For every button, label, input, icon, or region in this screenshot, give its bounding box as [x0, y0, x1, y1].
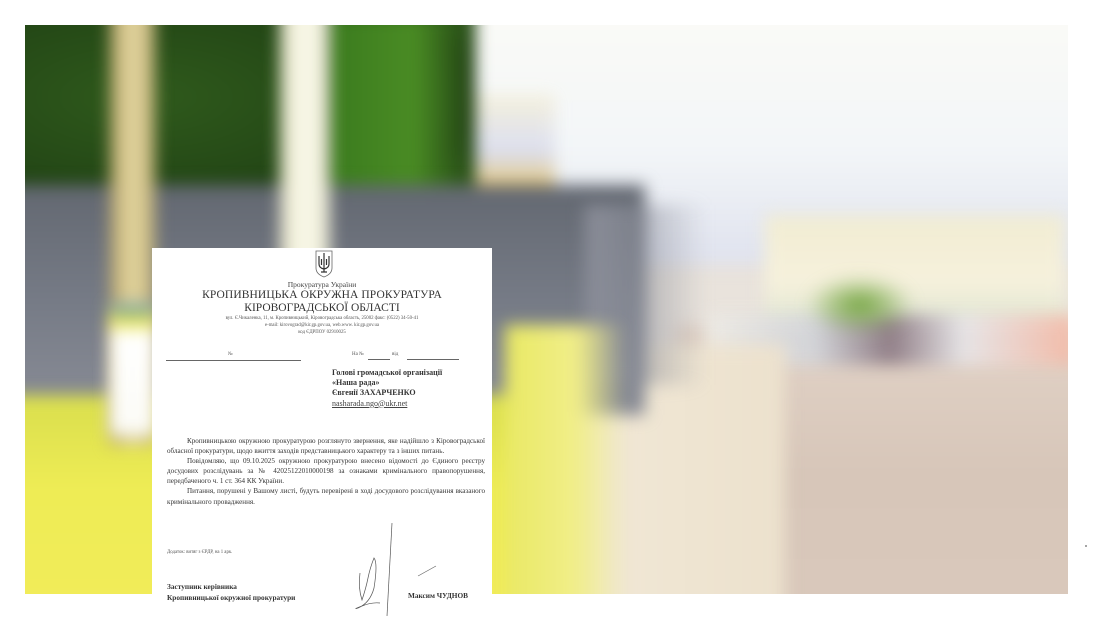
pole-left-flag-band: [110, 305, 155, 435]
organization-name-line1: КРОПИВНИЦЬКА ОКРУЖНА ПРОКУРАТУРА: [152, 289, 492, 301]
reply-date-blank: [407, 359, 459, 360]
recipient-block: Голові громадської організації «Наша рад…: [332, 368, 442, 409]
outgoing-number-line: №: [166, 352, 301, 361]
number-label: №: [228, 352, 233, 357]
recipient-line2: «Наша рада»: [332, 378, 442, 388]
letter-body: Кропивницькою окружною прокуратурою розг…: [167, 436, 485, 507]
signatory-title-line1: Заступник керівника: [167, 581, 295, 592]
organization-email-web: e-mail: kirovograd@kir.gp.gov.ua, web.ww…: [152, 323, 492, 328]
recipient-line3: Євгенії ЗАХАРЧЕНКО: [332, 388, 442, 398]
signatory-title: Заступник керівника Кропивницької окружн…: [167, 581, 295, 603]
recipient-email[interactable]: nasharada.ngo@ukr.net: [332, 399, 442, 409]
organization-name-line2: КІРОВОГРАДСЬКОЇ ОБЛАСТІ: [152, 302, 492, 314]
body-paragraph: Кропивницькою окружною прокуратурою розг…: [167, 436, 485, 456]
reply-number-blank: [368, 359, 390, 360]
signatory-name: Максим ЧУДНОВ: [408, 591, 468, 600]
tree-small: [805, 275, 915, 335]
reply-reference-line: На № від: [352, 352, 477, 360]
trident-icon: [315, 250, 333, 278]
body-paragraph: Питання, порушені у Вашому листі, будуть…: [167, 486, 485, 506]
reply-label: На №: [352, 352, 364, 357]
signatory-title-line2: Кропивницької окружної прокуратури: [167, 592, 295, 603]
speck: [1085, 545, 1087, 547]
grass-slope: [505, 325, 625, 594]
prosecutor-letter: Прокуратура України КРОПИВНИЦЬКА ОКРУЖНА…: [152, 248, 492, 619]
organization-code: код ЄДРПОУ 02910025: [152, 330, 492, 335]
from-label: від: [392, 352, 398, 357]
signature-icon: [340, 518, 450, 618]
authority-name: Прокуратура України: [152, 280, 492, 289]
organization-address: вул. Є.Чикаленка, 11, м. Кропивницький, …: [152, 316, 492, 321]
attachment-note: Додаток: витяг з ЄРДР, на 1 арк.: [167, 550, 232, 555]
recipient-line1: Голові громадської організації: [332, 368, 442, 378]
body-paragraph: Повідомляю, що 09.10.2025 окружною проку…: [167, 456, 485, 486]
